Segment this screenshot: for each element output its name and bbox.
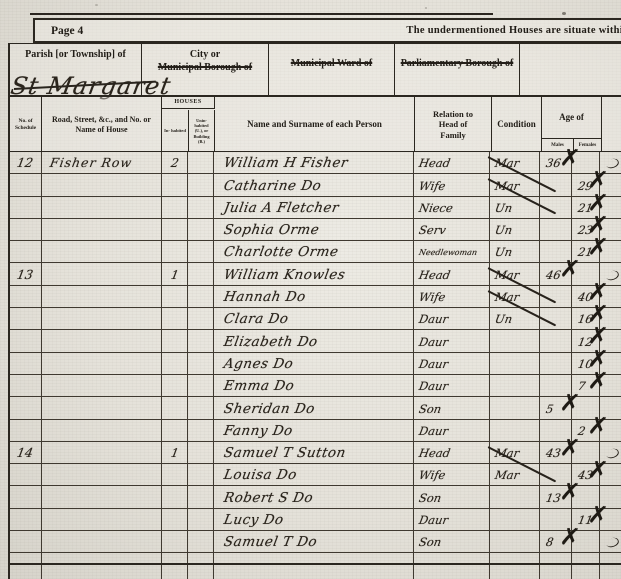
- handwritten-condition: Un: [489, 310, 514, 329]
- situate-caption: The undermentioned Houses are situate wi…: [406, 25, 621, 36]
- cell-schedule-number: [10, 241, 42, 262]
- cell-relation: [414, 553, 491, 563]
- tally-cross-mark: ✗: [587, 457, 610, 483]
- cell-condition: Mar: [490, 263, 540, 284]
- handwritten-condition: Un: [489, 221, 514, 240]
- cell-road-name: [42, 219, 162, 240]
- census-row: Emma DoDaur7✗: [10, 375, 621, 397]
- cell-relation: Head: [414, 442, 491, 463]
- cell-houses-uninhabited: [188, 486, 214, 507]
- handwritten-name: Sophia Orme: [213, 220, 322, 240]
- cell-road-name: [42, 486, 162, 507]
- handwritten-male: 8: [539, 533, 556, 552]
- tally-cross-mark: ✗: [587, 413, 610, 439]
- ink-speck: [425, 7, 427, 9]
- cell-relation: Head: [414, 263, 491, 284]
- cell-houses-uninhabited: [188, 420, 214, 441]
- cell-condition: [490, 397, 540, 418]
- cell-road-name: [42, 241, 162, 262]
- cell-person-name: William Knowles: [214, 263, 413, 284]
- handwritten-relation: Needlewoman: [412, 243, 478, 262]
- cell-road-name: [42, 263, 162, 284]
- census-row: Elizabeth DoDaur12✗: [10, 330, 621, 352]
- handwritten-name: Louisa Do: [213, 465, 299, 485]
- cell-houses-uninhabited: [188, 353, 214, 374]
- cell-relation: [414, 565, 491, 579]
- cell-age-male: 13✗: [540, 486, 572, 507]
- handwritten-name: Elizabeth Do: [213, 332, 320, 352]
- cell-houses-inhabited: [162, 197, 189, 218]
- census-row: Agnes DoDaur10✗: [10, 353, 621, 375]
- handwritten-road: Fisher Row: [40, 153, 134, 173]
- cell-houses-inhabited: [162, 375, 189, 396]
- handwritten-inhabited: 2: [160, 154, 180, 173]
- cell-age-male: [540, 330, 572, 351]
- tally-cross-mark: ✗: [559, 390, 582, 416]
- handwriting-fragment: [605, 537, 620, 550]
- cell-houses-inhabited: [162, 509, 189, 530]
- cell-person-name: Louisa Do: [214, 464, 413, 485]
- cell-schedule-number: [10, 486, 42, 507]
- parish-label: Parish [or Township] of: [25, 49, 126, 60]
- handwritten-relation: Son: [412, 533, 443, 552]
- cell-condition: Un: [490, 308, 540, 329]
- cell-houses-inhabited: 2: [162, 152, 189, 173]
- tally-cross-mark: ✗: [587, 234, 610, 260]
- handwritten-relation: Daur: [412, 377, 449, 396]
- tally-cross-mark: ✗: [559, 256, 582, 282]
- census-row: Fanny DoDaur2✗: [10, 420, 621, 442]
- cell-houses-inhabited: [162, 531, 189, 552]
- cell-condition: Un: [490, 241, 540, 262]
- cell-person-name: Clara Do: [214, 308, 413, 329]
- census-row: Sheridan DoSon5✗: [10, 397, 621, 419]
- cell-road-name: [42, 509, 162, 530]
- handwritten-relation: Daur: [412, 310, 449, 329]
- tally-cross-mark: ✗: [559, 435, 582, 461]
- col-header-uninhabited: Unin- habited (U.), or Building (B.): [189, 110, 215, 152]
- cell-road-name: [42, 553, 162, 563]
- cell-person-name: [214, 565, 413, 579]
- cell-houses-uninhabited: [188, 174, 214, 195]
- cell-houses-inhabited: 1: [162, 442, 189, 463]
- handwritten-relation: Wife: [412, 288, 447, 307]
- cell-houses-uninhabited: [188, 152, 214, 173]
- cell-relation: Serv: [414, 219, 491, 240]
- cell-schedule-number: 12: [10, 152, 42, 173]
- cell-road-name: [42, 397, 162, 418]
- census-row: 12Fisher Row2William H FisherHeadMar36✗: [10, 152, 621, 174]
- handwritten-schedule: 13: [8, 265, 34, 285]
- cell-schedule-number: [10, 553, 42, 563]
- handwritten-condition: Un: [489, 243, 514, 262]
- cell-schedule-number: [10, 375, 42, 396]
- handwritten-name: William Knowles: [213, 265, 348, 285]
- cell-houses-inhabited: [162, 174, 189, 195]
- cell-person-name: Samuel T Do: [214, 531, 413, 552]
- cell-age-male: 5✗: [540, 397, 572, 418]
- cell-relation: Daur: [414, 330, 491, 351]
- cell-age-female: [572, 565, 600, 579]
- cell-person-name: Sophia Orme: [214, 219, 413, 240]
- city-borough-cell: City or Municipal Borough of: [142, 44, 269, 95]
- cell-road-name: [42, 565, 162, 579]
- cell-houses-inhabited: [162, 420, 189, 441]
- cell-condition: [490, 553, 540, 563]
- col-header-name: Name and Surname of each Person: [215, 97, 415, 152]
- cell-houses-uninhabited: [188, 442, 214, 463]
- cell-relation: Daur: [414, 420, 491, 441]
- handwritten-relation: Daur: [412, 511, 449, 530]
- cell-person-name: Sheridan Do: [214, 397, 413, 418]
- cell-houses-inhabited: [162, 241, 189, 262]
- municipal-ward-cell: Municipal Ward of: [269, 44, 395, 95]
- handwritten-relation: Son: [412, 400, 443, 419]
- cell-age-male: 36✗: [540, 152, 572, 173]
- cell-schedule-number: [10, 286, 42, 307]
- cell-houses-uninhabited: [188, 330, 214, 351]
- census-document-page: Page 4 The undermentioned Houses are sit…: [0, 0, 621, 579]
- cell-houses-uninhabited: [188, 263, 214, 284]
- handwritten-relation: Head: [412, 444, 451, 463]
- handwritten-name: Robert S Do: [213, 488, 316, 508]
- tally-cross-mark: ✗: [587, 368, 610, 394]
- cell-schedule-number: 13: [10, 263, 42, 284]
- cell-houses-uninhabited: [188, 308, 214, 329]
- cell-condition: [490, 353, 540, 374]
- cell-houses-inhabited: [162, 565, 189, 579]
- cell-cutoff-column: [600, 565, 621, 579]
- cell-person-name: Lucy Do: [214, 509, 413, 530]
- cell-schedule-number: [10, 397, 42, 418]
- cell-condition: [490, 375, 540, 396]
- cell-age-male: 46✗: [540, 263, 572, 284]
- cell-houses-inhabited: 1: [162, 263, 189, 284]
- cell-houses-uninhabited: [188, 565, 214, 579]
- cell-houses-uninhabited: [188, 531, 214, 552]
- cell-houses-inhabited: [162, 553, 189, 563]
- cell-condition: [490, 531, 540, 552]
- cell-condition: [490, 330, 540, 351]
- cell-houses-inhabited: [162, 330, 189, 351]
- cell-houses-uninhabited: [188, 397, 214, 418]
- cell-age-male: 43✗: [540, 442, 572, 463]
- cell-schedule-number: 14: [10, 442, 42, 463]
- cell-relation: Daur: [414, 509, 491, 530]
- cell-houses-uninhabited: [188, 509, 214, 530]
- handwritten-male: 5: [539, 400, 556, 419]
- cell-road-name: [42, 375, 162, 396]
- cell-person-name: Hannah Do: [214, 286, 413, 307]
- cell-relation: Son: [414, 486, 491, 507]
- handwritten-condition: Un: [489, 199, 514, 218]
- handwritten-relation: Head: [412, 266, 451, 285]
- cell-person-name: Agnes Do: [214, 353, 413, 374]
- census-row: Sophia OrmeServUn23✗: [10, 219, 621, 241]
- cell-houses-inhabited: [162, 486, 189, 507]
- cell-relation: Daur: [414, 353, 491, 374]
- handwritten-name: Samuel T Do: [213, 532, 320, 552]
- cell-houses-inhabited: [162, 397, 189, 418]
- cell-person-name: Robert S Do: [214, 486, 413, 507]
- census-row: Charlotte OrmeNeedlewomanUn21✗: [10, 241, 621, 263]
- cell-houses-inhabited: [162, 219, 189, 240]
- cell-road-name: [42, 286, 162, 307]
- ward-label-struck: Municipal Ward of: [291, 58, 373, 69]
- handwritten-relation: Head: [412, 154, 451, 173]
- cell-age-male: [540, 553, 572, 563]
- cell-schedule-number: [10, 308, 42, 329]
- ink-speck: [562, 12, 566, 15]
- cell-condition: Mar: [490, 174, 540, 195]
- census-row: 141Samuel T SuttonHeadMar43✗: [10, 442, 621, 464]
- census-entries-table: 12Fisher Row2William H FisherHeadMar36✗C…: [8, 152, 621, 579]
- cell-houses-uninhabited: [188, 197, 214, 218]
- cutoff-header-cell: [520, 44, 621, 95]
- parliamentary-borough-cell: Parliamentary Borough of: [395, 44, 520, 95]
- ink-speck: [95, 4, 98, 6]
- handwritten-relation: Wife: [412, 177, 447, 196]
- parliamentary-label-struck: Parliamentary Borough of: [401, 58, 514, 69]
- cell-road-name: [42, 174, 162, 195]
- cell-relation: Needlewoman: [414, 241, 491, 262]
- col-header-age: Age of: [542, 97, 602, 139]
- cell-houses-uninhabited: [188, 219, 214, 240]
- tally-cross-mark: ✗: [587, 502, 610, 528]
- cell-road-name: Fisher Row: [42, 152, 162, 173]
- handwritten-relation: Daur: [412, 333, 449, 352]
- handwritten-name: Julia A Fletcher: [213, 198, 341, 218]
- page-header-band: Page 4 The undermentioned Houses are sit…: [33, 18, 621, 43]
- handwritten-relation: Serv: [412, 221, 447, 240]
- cell-relation: Wife: [414, 286, 491, 307]
- handwritten-name: Agnes Do: [213, 354, 296, 374]
- handwritten-name: Fanny Do: [213, 421, 295, 441]
- cell-condition: Un: [490, 219, 540, 240]
- cell-cutoff-column: [600, 553, 621, 563]
- cell-schedule-number: [10, 565, 42, 579]
- cell-road-name: [42, 442, 162, 463]
- cell-houses-inhabited: [162, 353, 189, 374]
- handwritten-relation: Daur: [412, 422, 449, 441]
- cell-relation: Niece: [414, 197, 491, 218]
- cell-person-name: [214, 553, 413, 563]
- cell-schedule-number: [10, 464, 42, 485]
- cell-schedule-number: [10, 219, 42, 240]
- cell-relation: Head: [414, 152, 491, 173]
- cell-road-name: [42, 330, 162, 351]
- cell-schedule-number: [10, 197, 42, 218]
- cell-condition: [490, 509, 540, 530]
- location-header-band: Parish [or Township] of St Margaret City…: [8, 43, 621, 95]
- cell-road-name: [42, 308, 162, 329]
- cell-condition: Mar: [490, 152, 540, 173]
- handwritten-name: Hannah Do: [213, 287, 308, 307]
- handwritten-name: Catharine Do: [213, 176, 324, 196]
- census-row: [10, 553, 621, 565]
- cell-schedule-number: [10, 330, 42, 351]
- handwritten-name: Samuel T Sutton: [213, 443, 348, 463]
- cell-road-name: [42, 464, 162, 485]
- handwritten-name: Lucy Do: [213, 510, 286, 530]
- handwritten-inhabited: 1: [160, 266, 180, 285]
- city-label-line2-struck: Municipal Borough of: [158, 62, 252, 73]
- city-label-line1: City or: [190, 49, 220, 60]
- cell-schedule-number: [10, 531, 42, 552]
- handwritten-condition: Mar: [489, 466, 521, 485]
- cell-condition: [490, 565, 540, 579]
- tally-cross-mark: ✗: [559, 479, 582, 505]
- handwritten-name: Sheridan Do: [213, 399, 317, 419]
- handwritten-relation: Niece: [412, 199, 454, 218]
- page-number: Page 4: [51, 25, 83, 37]
- cell-person-name: William H Fisher: [214, 152, 413, 173]
- col-header-houses: HOUSES: [162, 97, 215, 109]
- census-row: Samuel T DoSon8✗: [10, 531, 621, 553]
- cell-houses-uninhabited: [188, 464, 214, 485]
- cell-road-name: [42, 353, 162, 374]
- table-column-headers: No. of Schedule Road, Street, &c., and N…: [8, 95, 621, 152]
- cell-houses-inhabited: [162, 308, 189, 329]
- cell-age-male: [540, 565, 572, 579]
- col-header-inhabited: In- habited: [162, 110, 189, 152]
- cell-person-name: Julia A Fletcher: [214, 197, 413, 218]
- partial-bottom-row: [10, 565, 621, 579]
- cell-person-name: Catharine Do: [214, 174, 413, 195]
- col-header-road: Road, Street, &c., and No. or Name of Ho…: [42, 97, 162, 152]
- cell-schedule-number: [10, 420, 42, 441]
- parish-cell: Parish [or Township] of St Margaret: [10, 44, 142, 95]
- tally-cross-mark: ✗: [559, 145, 582, 171]
- cell-person-name: Samuel T Sutton: [214, 442, 413, 463]
- cell-age-female: [572, 553, 600, 563]
- cell-houses-uninhabited: [188, 375, 214, 396]
- col-header-schedule: No. of Schedule: [10, 97, 42, 152]
- cell-houses-uninhabited: [188, 553, 214, 563]
- cell-schedule-number: [10, 174, 42, 195]
- handwritten-schedule: 12: [8, 153, 34, 173]
- cell-relation: Daur: [414, 308, 491, 329]
- cell-relation: Son: [414, 531, 491, 552]
- handwritten-schedule: 14: [8, 443, 34, 463]
- cell-houses-uninhabited: [188, 286, 214, 307]
- top-rule-line: [30, 13, 493, 15]
- handwritten-relation: Son: [412, 489, 443, 508]
- census-row: Robert S DoSon13✗: [10, 486, 621, 508]
- handwritten-relation: Daur: [412, 355, 449, 374]
- cell-person-name: Emma Do: [214, 375, 413, 396]
- cell-road-name: [42, 197, 162, 218]
- cell-condition: Mar: [490, 464, 540, 485]
- handwritten-name: William H Fisher: [213, 153, 350, 173]
- handwritten-name: Emma Do: [213, 376, 297, 396]
- handwritten-name: Clara Do: [213, 309, 291, 329]
- cell-cutoff-column: [600, 531, 621, 552]
- handwritten-inhabited: 1: [160, 444, 180, 463]
- cell-age-male: [540, 219, 572, 240]
- cutoff-column-header: [602, 97, 621, 152]
- handwritten-relation: Wife: [412, 466, 447, 485]
- cell-houses-inhabited: [162, 286, 189, 307]
- cell-relation: Daur: [414, 375, 491, 396]
- cell-person-name: Fanny Do: [214, 420, 413, 441]
- cell-schedule-number: [10, 353, 42, 374]
- cell-person-name: Elizabeth Do: [214, 330, 413, 351]
- col-header-relation: Relation to Head of Family: [415, 97, 492, 152]
- cell-road-name: [42, 420, 162, 441]
- cell-age-male: [540, 353, 572, 374]
- cell-condition: [490, 486, 540, 507]
- handwritten-name: Charlotte Orme: [213, 242, 341, 262]
- census-row: 131William KnowlesHeadMar46✗: [10, 263, 621, 285]
- cell-houses-inhabited: [162, 464, 189, 485]
- cell-houses-uninhabited: [188, 241, 214, 262]
- cell-relation: Son: [414, 397, 491, 418]
- cell-person-name: Charlotte Orme: [214, 241, 413, 262]
- cell-age-male: 8✗: [540, 531, 572, 552]
- cell-road-name: [42, 531, 162, 552]
- census-row: Lucy DoDaur11✗: [10, 509, 621, 531]
- cell-condition: [490, 420, 540, 441]
- cell-condition: Mar: [490, 442, 540, 463]
- cell-relation: Wife: [414, 174, 491, 195]
- cell-relation: Wife: [414, 464, 491, 485]
- tally-cross-mark: ✗: [559, 524, 582, 550]
- col-header-condition: Condition: [492, 97, 542, 152]
- cell-schedule-number: [10, 509, 42, 530]
